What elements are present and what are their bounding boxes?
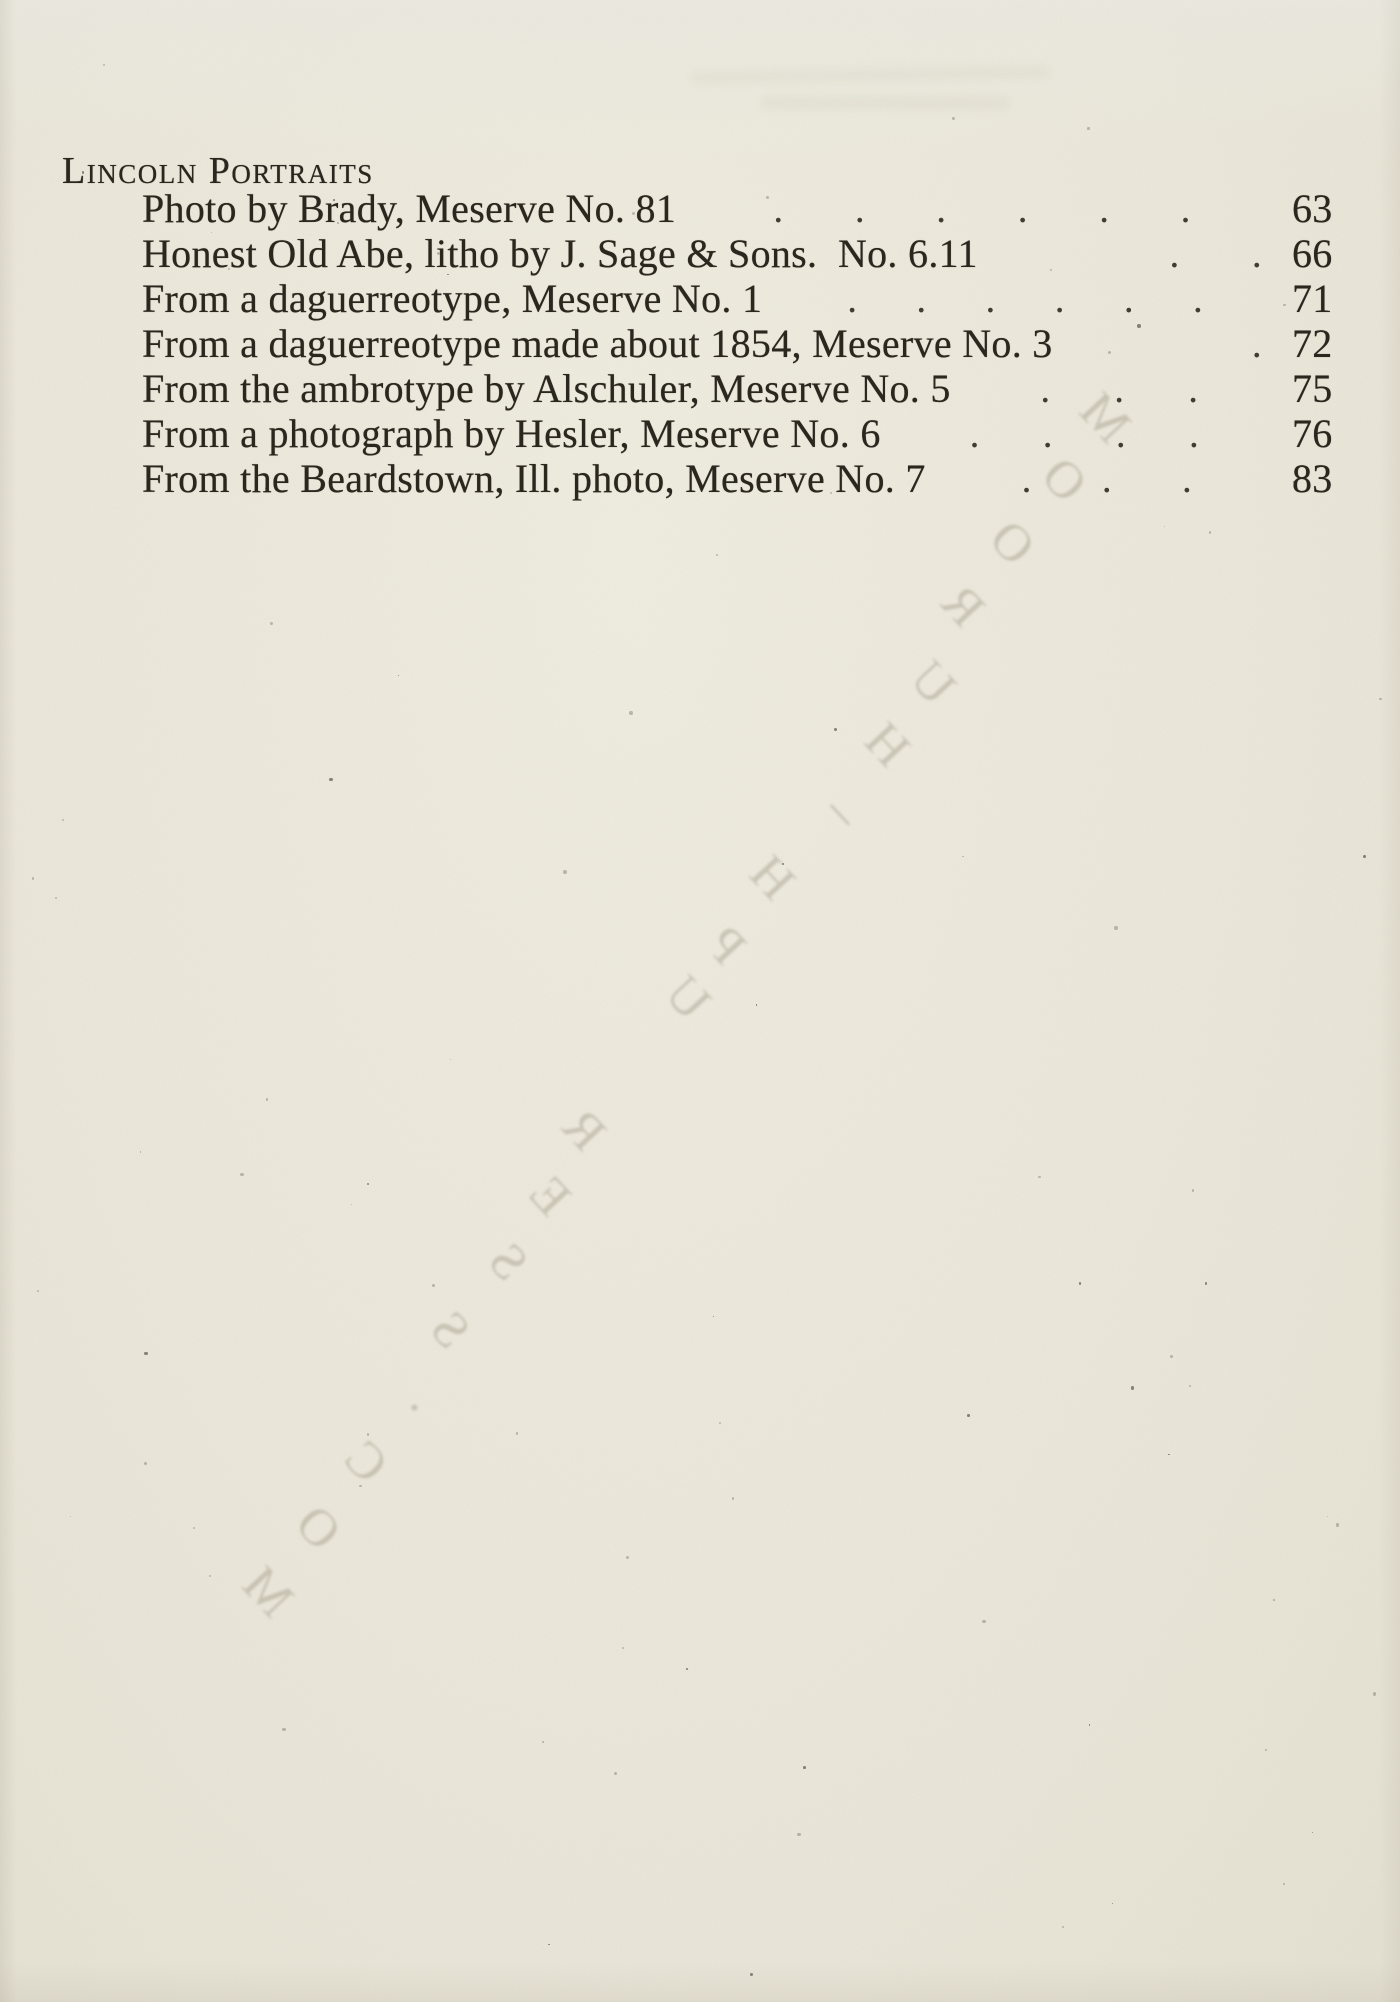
speck [1373, 1692, 1376, 1695]
toc-entry-row: From a photograph by Hesler, Meserve No.… [142, 411, 1345, 456]
speck [686, 1668, 688, 1670]
leader-dot: . [1124, 276, 1134, 321]
leader-dot: . [847, 276, 857, 321]
speck [367, 1433, 369, 1435]
leader-dot: . [1182, 456, 1192, 501]
speck [750, 1973, 753, 1976]
leader-dot: . [1040, 366, 1050, 411]
speck [1312, 1832, 1313, 1833]
speck [140, 1151, 142, 1153]
speck [732, 1497, 735, 1500]
leader-dot: . [916, 276, 926, 321]
speck [1205, 1282, 1208, 1285]
speck [1265, 1749, 1267, 1751]
speck [329, 778, 332, 781]
speck [351, 1204, 352, 1205]
speck [1164, 526, 1165, 527]
entry-title: From the Beardstown, Ill. photo, Meserve… [142, 456, 926, 501]
speck [209, 1575, 211, 1577]
ghost-letter: S [477, 1231, 540, 1292]
leader-dot: . [1252, 231, 1262, 276]
speck [144, 1352, 147, 1355]
leader-dot: . [1102, 456, 1112, 501]
speck [367, 1183, 369, 1185]
leader-dots: ... [926, 456, 1292, 501]
book-page: MOORUH–HPURESS·COM Lincoln Portraits Pho… [0, 0, 1400, 2002]
leader-dot: . [1188, 366, 1198, 411]
speck [1192, 1189, 1195, 1192]
leader-dots: ...... [762, 276, 1292, 321]
speck [1087, 127, 1090, 130]
leader-dot: . [855, 186, 865, 231]
ghost-letter: M [231, 1555, 306, 1629]
speck [1131, 1386, 1134, 1389]
speck [542, 1741, 544, 1743]
leader-dots: . [1053, 321, 1292, 366]
leader-dot: . [1018, 186, 1028, 231]
entry-page-number: 71 [1292, 276, 1345, 321]
leader-dots: .... [881, 411, 1292, 456]
ghost-letter: R [551, 1097, 618, 1163]
leader-dot: . [985, 276, 995, 321]
speck [962, 856, 964, 858]
toc-entry-row: Photo by Brady, Meserve No. 81 ...... 63 [142, 186, 1345, 231]
speck [614, 1772, 617, 1775]
entry-page-number: 75 [1292, 366, 1345, 411]
speck [1283, 1883, 1285, 1885]
show-through-smudge [690, 65, 1050, 85]
speck [1379, 698, 1382, 701]
entry-page-number: 63 [1292, 186, 1345, 231]
toc-entry-row: From a daguerreotype made about 1854, Me… [142, 321, 1345, 366]
speck [629, 711, 632, 714]
ghost-letter: H [738, 844, 807, 912]
toc-list: Photo by Brady, Meserve No. 81 ...... 63… [142, 186, 1345, 501]
ghost-letter: C [333, 1429, 400, 1495]
ghost-letter: O [978, 509, 1047, 577]
speck [282, 1728, 285, 1731]
leader-dot: . [1189, 411, 1199, 456]
entry-page-number: 66 [1292, 231, 1345, 276]
leader-dot: . [1181, 186, 1191, 231]
show-through-smudge [760, 96, 1010, 110]
ghost-letter: – [813, 782, 874, 841]
ghost-letter: P [695, 915, 758, 976]
speck [432, 1284, 434, 1286]
ghost-letter: R [930, 573, 997, 639]
speck [144, 1462, 147, 1465]
speck [103, 64, 105, 66]
speck [270, 622, 273, 625]
speck [1038, 1176, 1041, 1179]
speck [1189, 1385, 1191, 1387]
leader-dots: ...... [676, 186, 1292, 231]
speck [834, 728, 837, 731]
leader-dot: . [1022, 456, 1032, 501]
entry-page-number: 83 [1292, 456, 1345, 501]
speck [516, 1432, 519, 1435]
speck [967, 1414, 970, 1417]
speck [1363, 855, 1366, 858]
leader-dot: . [1099, 186, 1109, 231]
speck [70, 1516, 71, 1517]
speck [622, 1647, 624, 1649]
speck [803, 1766, 806, 1769]
toc-entry-row: From a daguerreotype, Meserve No. 1 ....… [142, 276, 1345, 321]
leader-dot: . [1043, 411, 1053, 456]
speck [756, 1004, 758, 1006]
entry-title: Honest Old Abe, litho by J. Sage & Sons.… [142, 231, 978, 276]
leader-dot: . [1055, 276, 1065, 321]
speck [62, 819, 64, 821]
speck [1079, 1282, 1081, 1284]
speck [548, 1944, 549, 1945]
speck [626, 1556, 629, 1559]
speck [193, 1527, 195, 1529]
speck [719, 1422, 721, 1424]
speck [1327, 1516, 1329, 1518]
leader-dot: . [1114, 366, 1124, 411]
speck [32, 877, 35, 880]
entry-page-number: 76 [1292, 411, 1345, 456]
entry-page-number: 72 [1292, 321, 1345, 366]
speck [713, 1316, 714, 1317]
leader-dot: . [773, 186, 783, 231]
entry-title: From a daguerreotype made about 1854, Me… [142, 321, 1053, 366]
leader-dot: . [969, 411, 979, 456]
speck [797, 1833, 800, 1836]
speck [37, 1290, 39, 1292]
entry-title: From the ambrotype by Alschuler, Meserve… [142, 366, 951, 411]
leader-dot: . [1252, 321, 1262, 366]
speck [240, 1173, 243, 1176]
speck [1089, 1724, 1091, 1726]
speck [782, 863, 784, 865]
ghost-letter: S [419, 1299, 482, 1360]
entry-title: From a daguerreotype, Meserve No. 1 [142, 276, 762, 321]
speck [982, 1620, 986, 1624]
speck [1209, 531, 1211, 533]
toc-entry-row: From the Beardstown, Ill. photo, Meserve… [142, 456, 1345, 501]
speck [450, 1059, 452, 1061]
speck [1170, 1355, 1173, 1358]
leader-dot: . [1169, 231, 1179, 276]
leader-dots: .. [978, 231, 1292, 276]
speck [266, 1098, 268, 1100]
speck [55, 897, 57, 899]
speck [1336, 1523, 1339, 1526]
entry-title: From a photograph by Hesler, Meserve No.… [142, 411, 881, 456]
leader-dot: . [1116, 411, 1126, 456]
ghost-letter: O [284, 1494, 353, 1562]
ghost-letter: H [853, 711, 922, 779]
speck [398, 675, 399, 676]
ghost-letter: E [518, 1164, 583, 1227]
speck [563, 870, 567, 874]
speck [1062, 1926, 1064, 1928]
speck [952, 117, 954, 119]
speck [1168, 1454, 1169, 1455]
entry-title: Photo by Brady, Meserve No. 81 [142, 186, 676, 231]
ghost-letter: U [899, 649, 968, 717]
toc-entry-row: From the ambrotype by Alschuler, Meserve… [142, 366, 1345, 411]
speck [1114, 926, 1117, 929]
leader-dots: ... [951, 366, 1292, 411]
leader-dot: . [936, 186, 946, 231]
ghost-letter: U [654, 964, 723, 1032]
speck [716, 554, 718, 556]
speck [1112, 1903, 1114, 1905]
speck [359, 1485, 362, 1488]
leader-dot: . [1193, 276, 1203, 321]
ghost-letter: · [387, 1382, 442, 1435]
toc-entry-row: Honest Old Abe, litho by J. Sage & Sons.… [142, 231, 1345, 276]
speck [1273, 1599, 1274, 1600]
